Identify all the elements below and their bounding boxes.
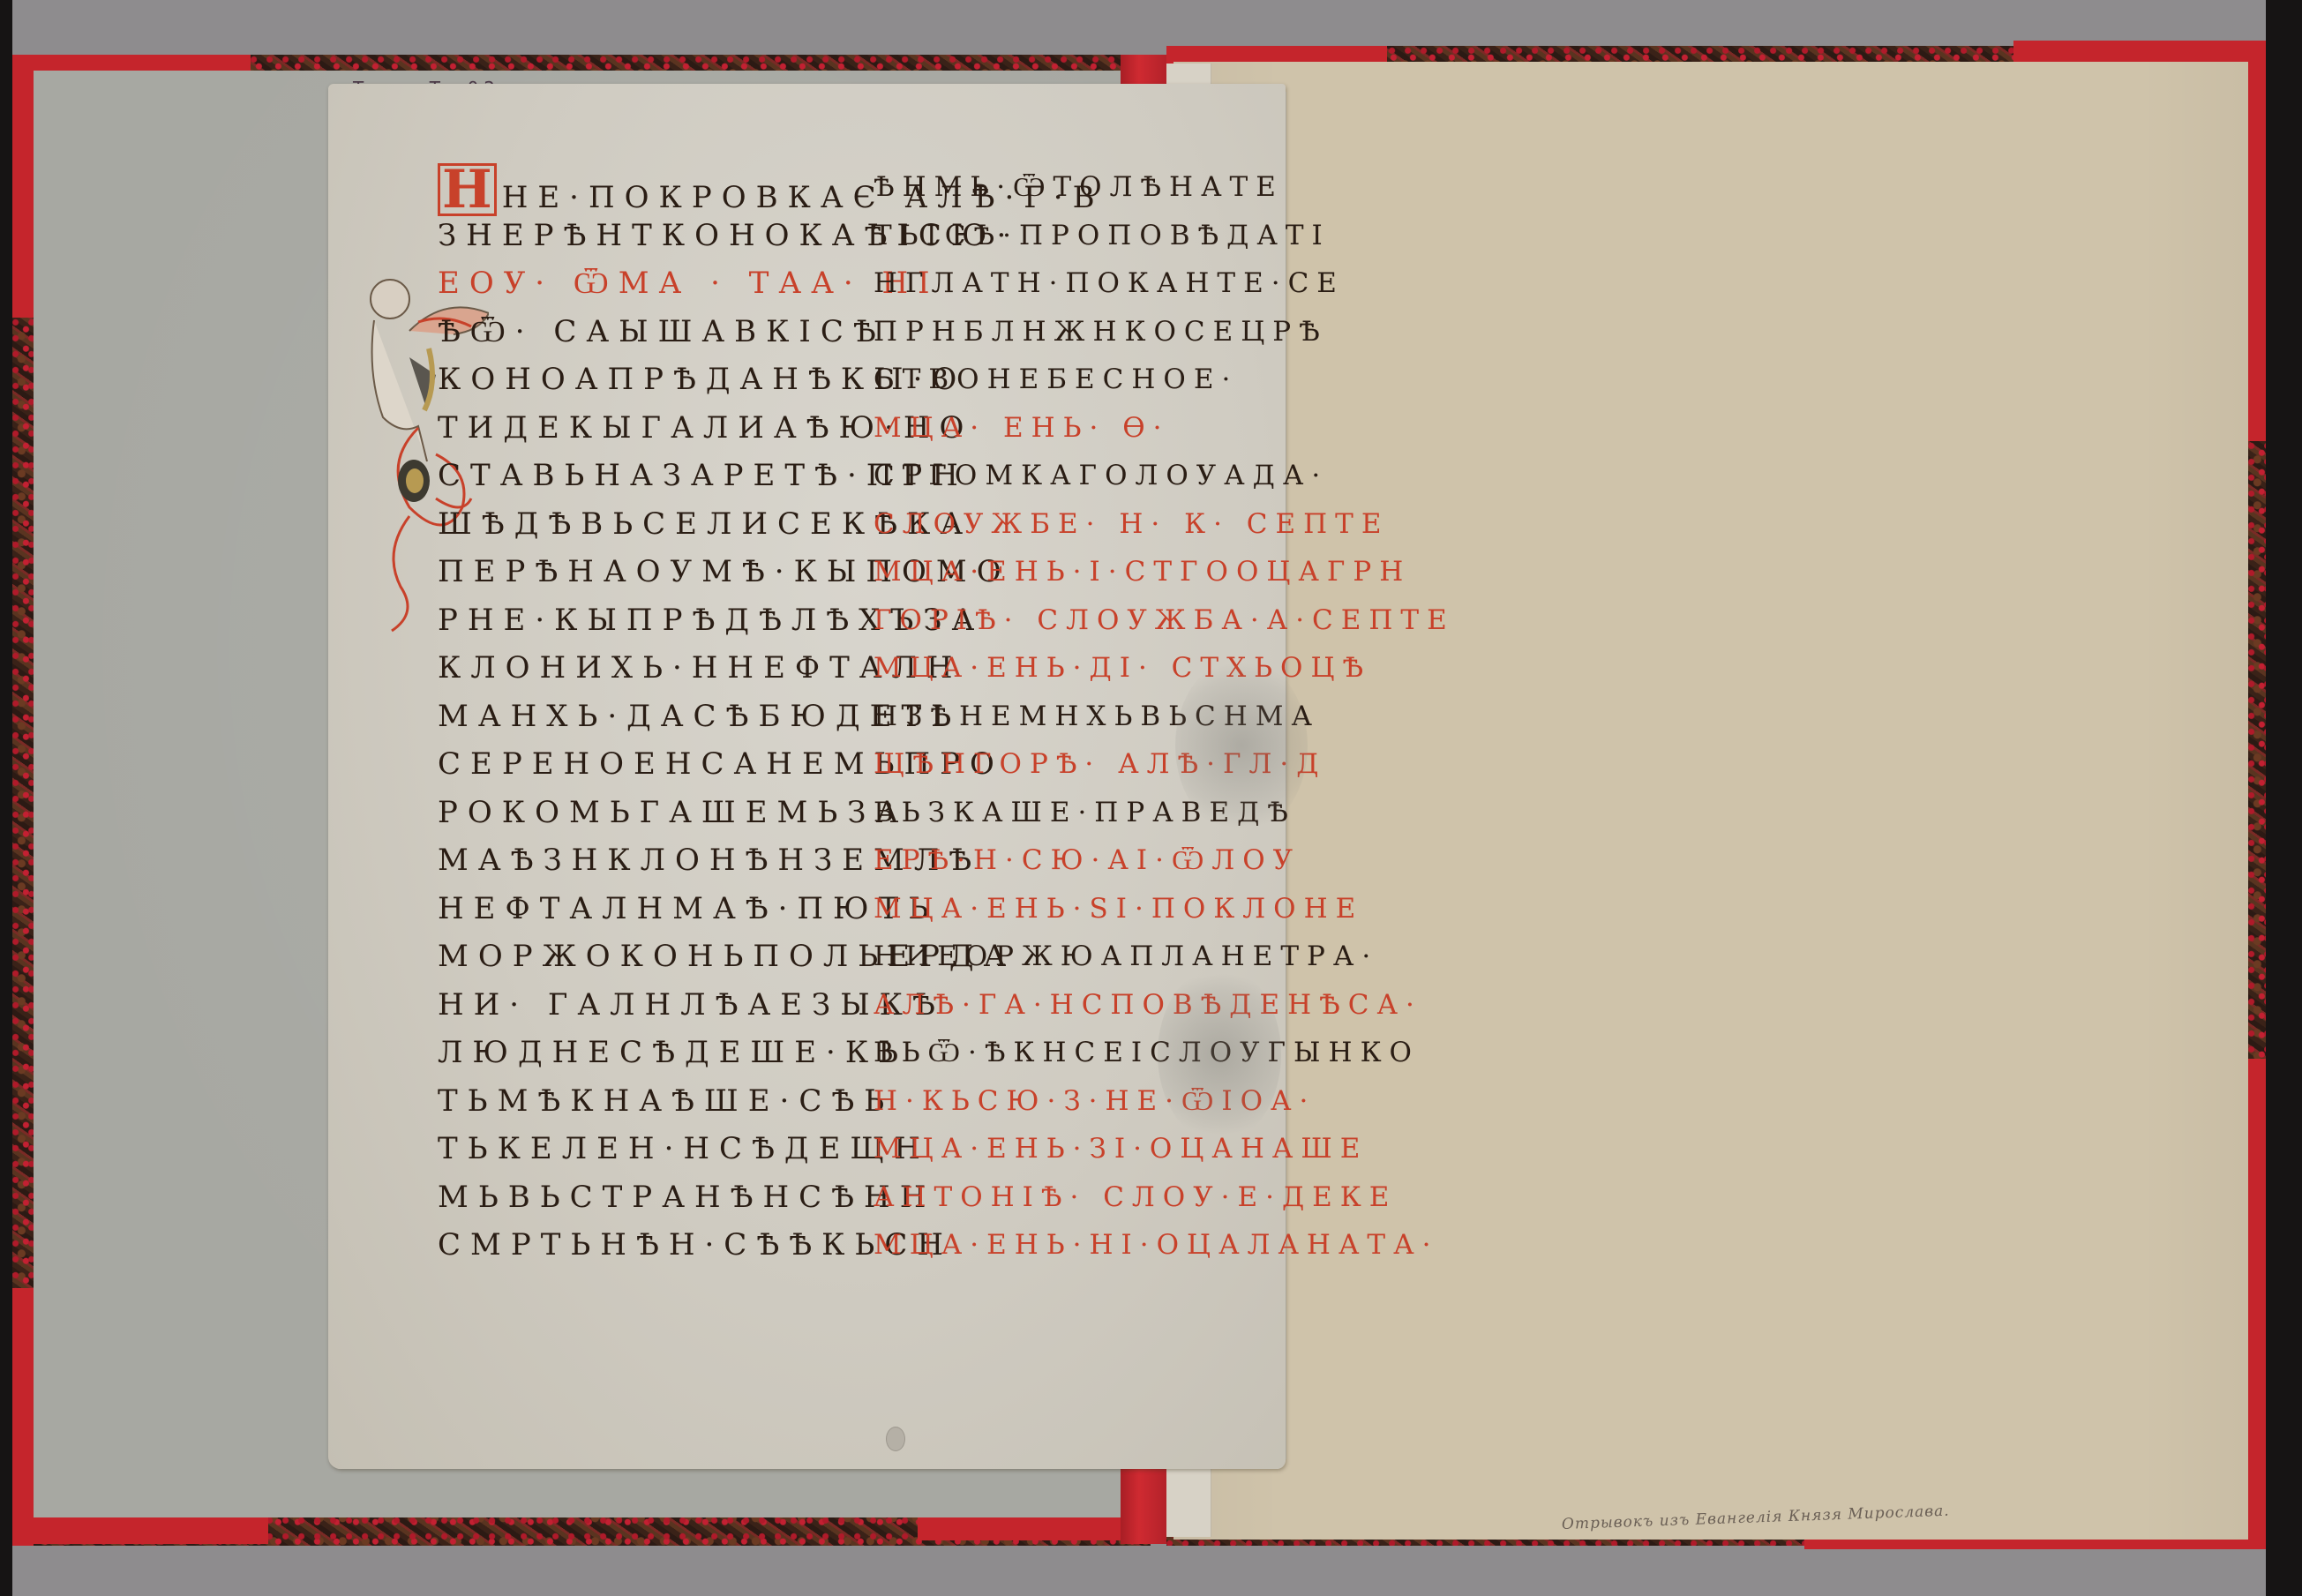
right-line-5: СТВОНЕБЕСНОЕ· bbox=[874, 356, 1455, 404]
left-board-bottom-left-corner bbox=[12, 1517, 268, 1544]
right-line-3: НГЛАТН·ПОКАНТЕ·СЕ bbox=[874, 259, 1455, 308]
right-board-right-marbled-edge bbox=[2248, 441, 2266, 1059]
right-line-13: ЩѢНГОРѢ· АЛѢ·ГЛ·Д bbox=[874, 740, 1455, 789]
right-line-10: ГОРІѢ· СЛОУЖБА·А·СЕПТЕ bbox=[874, 596, 1455, 645]
right-line-6: МЦА· ЕНЬ· Ѳ· bbox=[874, 404, 1455, 453]
left-black-edge bbox=[0, 0, 12, 1596]
right-line-14: ВЬЗКАШЕ·ПРАВЕДѢ bbox=[874, 789, 1455, 837]
right-line-4: ПРНБЛНЖНКОСЕЦРѢ bbox=[874, 308, 1455, 356]
right-line-1: ѢНМЬ·ѾТОЛѢНАТЕ bbox=[874, 163, 1455, 212]
left-board-left-marbled-edge bbox=[12, 318, 35, 1288]
right-line-2: ТЬІСѢ·ПРОПОВѢДАТІ bbox=[874, 212, 1455, 260]
right-line-16: МЦА·ЕНЬ·SІ·ПОКЛОНЕ bbox=[874, 885, 1455, 933]
right-line-21: МЦА·ЕНЬ·ЗІ·ОЦАНАШЕ bbox=[874, 1125, 1455, 1173]
right-line-8: СЛОУЖБЕ· Н· К· СЕПТЕ bbox=[874, 500, 1455, 549]
wax-blot bbox=[886, 1427, 905, 1451]
offset-stain-upper bbox=[1175, 657, 1308, 834]
right-line-9: МЦА·ЕНЬ·І·СТГООЦАГРН bbox=[874, 548, 1455, 596]
right-line-11: МЦА·ЕНЬ·ДІ· СТХЬОЦѢ bbox=[874, 644, 1455, 693]
right-line-22: АНТОНІѢ· СЛОУ·Е·ДЕКЕ bbox=[874, 1173, 1455, 1222]
right-black-edge bbox=[2266, 0, 2302, 1596]
right-line-15: ЕРѢ·Н·СЮ·АІ·ѾЛОУ bbox=[874, 836, 1455, 885]
right-text-column: ѢНМЬ·ѾТОЛѢНАТЕ ТЬІСѢ·ПРОПОВѢДАТІ НГЛАТН·… bbox=[874, 163, 1455, 1270]
right-line-23: МЦА·ЕНЬ·НІ·ОЦАЛАНАТА· bbox=[874, 1221, 1455, 1270]
right-line-7: СТГОМКАГОЛОУАДА· bbox=[874, 452, 1455, 500]
offset-stain-lower bbox=[1158, 966, 1281, 1143]
right-line-12: НЗѢНЕМНХЬВЬСНМА bbox=[874, 693, 1455, 741]
left-board-bottom-right-corner bbox=[918, 1517, 1151, 1540]
right-line-17: НИЕОРЖЮАПЛАНЕТРА· bbox=[874, 933, 1455, 981]
manuscript-leaf: ННЕ·ПОКРОВКАЄ АЛѢ·Г·В ЗНЕРѢНТКОНОКАѢІСЮ·… bbox=[328, 84, 1286, 1469]
rubric-initial: Н bbox=[438, 163, 497, 216]
